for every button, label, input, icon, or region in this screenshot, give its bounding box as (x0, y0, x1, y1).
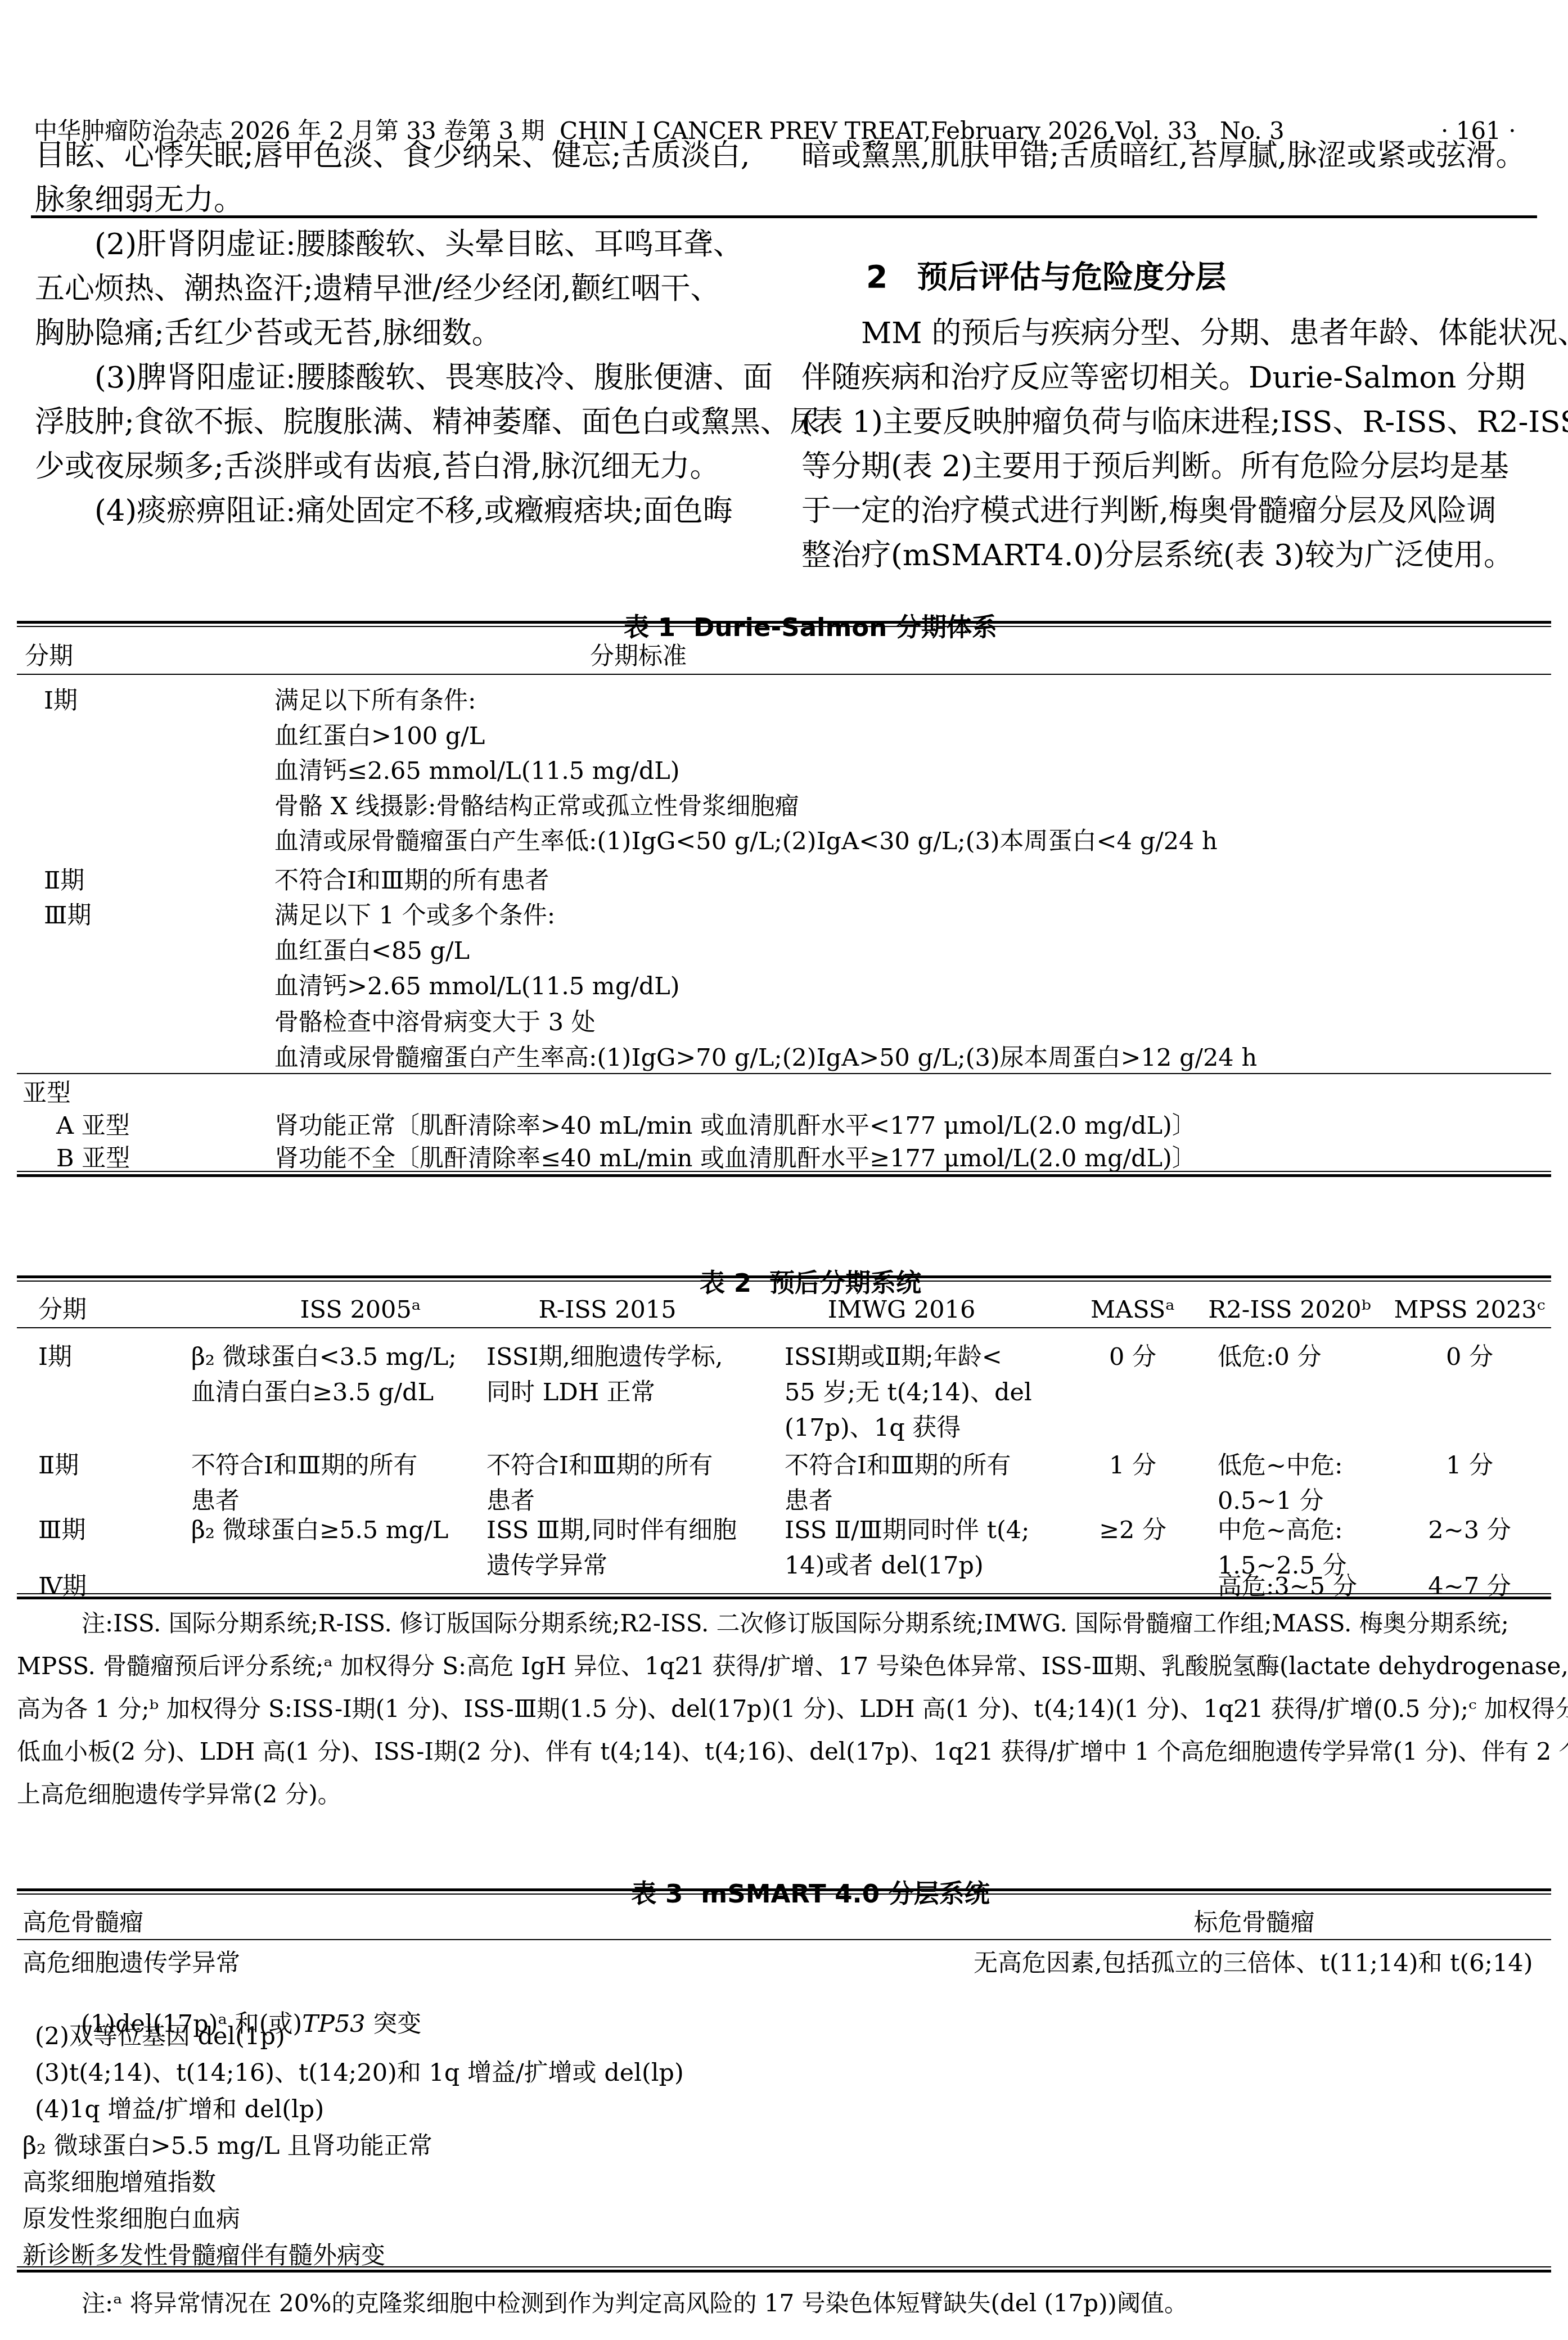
table2-note-line: 上高危细胞遗传学异常(2 分)。 (17, 1783, 341, 1806)
table2-top-rule (17, 1275, 1551, 1282)
body-line: 暗或黧黑,肌肤甲错;舌质暗红,苔厚腻,脉涩或紧或弦滑。 (801, 141, 1525, 170)
table2-caption-title: 预后分期系统 (769, 1268, 921, 1298)
table2-note-line: MPSS. 骨髓瘤预后评分系统;ᵃ 加权得分 S:高危 IgH 异位、1q21 … (17, 1654, 1568, 1678)
table3-high-risk-row: 高浆细胞增殖指数 (22, 2171, 216, 2195)
table2-cell-line: ISS Ⅱ/Ⅲ期同时伴 t(4; (785, 1518, 1030, 1543)
table1-col-stage: 分期 (25, 644, 73, 669)
table2-cell-line: 0 分 (1109, 1345, 1156, 1369)
table2-cell-line: 低危~中危: (1218, 1454, 1343, 1478)
table2-cell-line: ISS Ⅲ期,同时伴有细胞 (486, 1518, 737, 1543)
body-line: 于一定的治疗模式进行判断,梅奥骨髓瘤分层及风险调 (801, 496, 1497, 526)
table1-subtype-header: 亚型 (22, 1081, 71, 1106)
table3-col-standard-risk: 标危骨髓瘤 (1194, 1911, 1315, 1935)
table2-col-header: MASSᵃ (1091, 1298, 1175, 1322)
body-line: 整治疗(mSMART4.0)分层系统(表 3)较为广泛使用。 (801, 540, 1513, 570)
table2-cell-line: 1 分 (1446, 1454, 1493, 1478)
table2-col-header: IMWG 2016 (828, 1298, 976, 1322)
table1-criteria-line: 血红蛋白>100 g/L (274, 724, 485, 749)
table3-high-risk-row: 原发性浆细胞白血病 (22, 2207, 240, 2231)
table2-cell-line: 不符合Ⅰ和Ⅲ期的所有 (486, 1454, 713, 1478)
table3-col-high-risk: 高危骨髓瘤 (22, 1911, 143, 1935)
header-rule (31, 215, 1537, 218)
table1-stage-label: Ⅲ期 (44, 904, 91, 928)
table2-note-line: 注:ISS. 国际分期系统;R-ISS. 修订版国际分期系统;R2-ISS. 二… (17, 1612, 1509, 1635)
table2-cell-line: 低危:0 分 (1218, 1345, 1322, 1369)
table1-stage-label: Ⅰ期 (44, 689, 78, 713)
section-title: 预后评估与危险度分层 (917, 259, 1226, 295)
table2-cell-line: 14)或者 del(17p) (785, 1554, 984, 1578)
table3-high-risk-row: (4)1q 增益/扩增和 del(lp) (35, 2098, 324, 2122)
section-number: 2 (866, 259, 887, 295)
body-line: 五心烦热、潮热盗汗;遗精早泄/经少经闭,颧红咽干、 (35, 274, 720, 304)
table2-cell-line: 不符合Ⅰ和Ⅲ期的所有 (191, 1454, 417, 1478)
gene-tp53: TP53 (302, 2010, 365, 2038)
table2-cell-line: 0.5~1 分 (1218, 1489, 1323, 1513)
body-line: 目眩、心悸失眠;唇甲色淡、食少纳呆、健忘;舌质淡白, (35, 141, 750, 170)
table2-cell-line: 血清白蛋白≥3.5 g/dL (191, 1381, 434, 1405)
table1-subtype-text: 肾功能正常〔肌酐清除率>40 mL/min 或血清肌酐水平<177 μmol/L… (274, 1114, 1196, 1138)
table2-header-rule (17, 1327, 1551, 1328)
table3-top-rule (17, 1888, 1551, 1895)
table1-criteria-line: 满足以下所有条件: (274, 689, 476, 713)
table1-subtype-rule (17, 1073, 1551, 1074)
table3-bottom-rule (17, 2266, 1551, 2273)
table1-subtype-label: B 亚型 (56, 1147, 130, 1171)
table2-col-header: 分期 (38, 1298, 87, 1322)
table1-criteria-line: 骨骼检查中溶骨病变大于 3 处 (274, 1011, 596, 1035)
table1-criteria-line: 血清钙>2.65 mmol/L(11.5 mg/dL) (274, 975, 680, 999)
table1-caption-title: Durie-Salmon 分期体系 (693, 612, 997, 642)
body-line: (表 1)主要反映肿瘤负荷与临床进程;ISS、R-ISS、R2-ISS (801, 407, 1568, 437)
body-line: (4)痰瘀痹阻证:痛处固定不移,或癥瘕痞块;面色晦 (35, 496, 733, 526)
table1-criteria-line: 骨骼 X 线摄影:骨骼结构正常或孤立性骨浆细胞瘤 (274, 795, 799, 819)
table1-criteria-line: 血清或尿骨髓瘤蛋白产生率高:(1)IgG>70 g/L;(2)IgA>50 g/… (274, 1046, 1257, 1070)
table2-stage-label: Ⅰ期 (38, 1345, 72, 1369)
table2-cell-line: 0 分 (1446, 1345, 1493, 1369)
table2-cell-line: ≥2 分 (1099, 1518, 1166, 1543)
body-line: 脉象细弱无力。 (35, 185, 244, 215)
table2-cell-line: 不符合Ⅰ和Ⅲ期的所有 (785, 1454, 1011, 1478)
table1-bottom-rule (17, 1171, 1551, 1177)
body-line: 少或夜尿频多;舌淡胖或有齿痕,苔白滑,脉沉细无力。 (35, 452, 720, 481)
table1-criteria-line: 不符合Ⅰ和Ⅲ期的所有患者 (274, 869, 549, 893)
table2-col-header: R-ISS 2015 (538, 1298, 676, 1322)
table2-cell-line: β₂ 微球蛋白≥5.5 mg/L (191, 1518, 448, 1543)
table3-note: 注:ᵃ 将异常情况在 20%的克隆浆细胞中检测到作为判定高风险的 17 号染色体… (17, 2292, 1188, 2315)
body-line: 浮肢肿;食欲不振、脘腹胀满、精神萎靡、面色白或黧黑、尿 (35, 407, 820, 437)
table1-criteria-line: 满足以下 1 个或多个条件: (274, 904, 555, 928)
table2-cell-line: ISSⅠ期或Ⅱ期;年龄< (785, 1345, 1002, 1369)
table2-caption-label: 表 2 (700, 1268, 751, 1298)
table1-top-rule (17, 621, 1551, 627)
table2-note-line: 高为各 1 分;ᵇ 加权得分 S:ISS-Ⅰ期(1 分)、ISS-Ⅲ期(1.5 … (17, 1697, 1568, 1721)
table1-criteria-line: 血清或尿骨髓瘤蛋白产生率低:(1)IgG<50 g/L;(2)IgA<30 g/… (274, 829, 1218, 854)
body-line: (3)脾肾阳虚证:腰膝酸软、畏寒肢冷、腹胀便溏、面 (35, 363, 773, 393)
table3-high-risk-row: (3)t(4;14)、t(14;16)、t(14;20)和 1q 增益/扩增或 … (35, 2061, 684, 2085)
table2-cell-line: 55 岁;无 t(4;14)、del (785, 1381, 1032, 1405)
body-line: MM 的预后与疾病分型、分期、患者年龄、体能状况、 (801, 318, 1568, 348)
table2-cell-line: 患者 (191, 1489, 240, 1513)
section-heading: 2预后评估与危险度分层 (801, 231, 1226, 323)
table2-cell-line: 患者 (486, 1489, 535, 1513)
table2-stage-label: Ⅲ期 (38, 1518, 85, 1543)
table1-criteria-line: 血红蛋白<85 g/L (274, 939, 470, 963)
table1-col-criteria: 分期标准 (590, 644, 687, 669)
table2-cell-line: 同时 LDH 正常 (486, 1381, 655, 1405)
body-line: 伴随疾病和治疗反应等密切相关。Durie-Salmon 分期 (801, 363, 1525, 393)
table1-subtype-text: 肾功能不全〔肌酐清除率≤40 mL/min 或血清肌酐水平≥177 μmol/L… (274, 1147, 1196, 1171)
table2-cell-line: 中危~高危: (1218, 1518, 1343, 1543)
table1-header-rule (17, 674, 1551, 675)
table2-cell-line: β₂ 微球蛋白<3.5 mg/L; (191, 1345, 457, 1369)
table2-cell-line: 1 分 (1109, 1454, 1156, 1478)
table3-high-risk-row: 新诊断多发性骨髓瘤伴有髓外病变 (22, 2244, 385, 2268)
table2-col-header: ISS 2005ᵃ (300, 1298, 421, 1322)
table1-criteria-line: 血清钙≤2.65 mmol/L(11.5 mg/dL) (274, 759, 680, 783)
table2-cell-line: 患者 (785, 1489, 833, 1513)
table3-header-rule (17, 1939, 1551, 1940)
table2-col-header: R2-ISS 2020ᵇ (1208, 1298, 1371, 1322)
body-line: 等分期(表 2)主要用于预后判断。所有危险分层均是基 (801, 452, 1509, 481)
body-line: 胸胁隐痛;舌红少苔或无苔,脉细数。 (35, 318, 502, 348)
body-line: (2)肝肾阴虚证:腰膝酸软、头晕目眩、耳鸣耳聋、 (35, 229, 743, 259)
table3-high-risk-row: β₂ 微球蛋白>5.5 mg/L 且肾功能正常 (22, 2134, 432, 2158)
table2-note-line: 低血小板(2 分)、LDH 高(1 分)、ISS-Ⅰ期(2 分)、伴有 t(4;… (17, 1740, 1568, 1764)
table2-cell-line: 2~3 分 (1428, 1518, 1511, 1543)
table3-high-risk-row: (2)双等位基因 del(1p) (35, 2025, 285, 2049)
table2-cell-line: 遗传学异常 (486, 1554, 607, 1578)
table2-col-header: MPSS 2023ᶜ (1394, 1298, 1545, 1322)
table1-subtype-label: A 亚型 (56, 1114, 130, 1138)
table1-caption-label: 表 1 (624, 612, 675, 642)
table3-high-risk-row: 高危细胞遗传学异常 (22, 1951, 240, 1976)
table2-stage-label: Ⅱ期 (38, 1454, 79, 1478)
journal-page: 中华肿瘤防治杂志 2026 年 2 月第 33 卷第 3 期 CHIN J CA… (0, 0, 1568, 2340)
table1-stage-label: Ⅱ期 (44, 869, 84, 893)
table2-cell-line: ISSⅠ期,细胞遗传学标, (486, 1345, 723, 1369)
table2-cell-line: (17p)、1q 获得 (785, 1416, 961, 1440)
table3-standard-risk-cell: 无高危因素,包括孤立的三倍体、t(11;14)和 t(6;14) (974, 1951, 1533, 1976)
table2-bottom-rule (17, 1593, 1551, 1599)
